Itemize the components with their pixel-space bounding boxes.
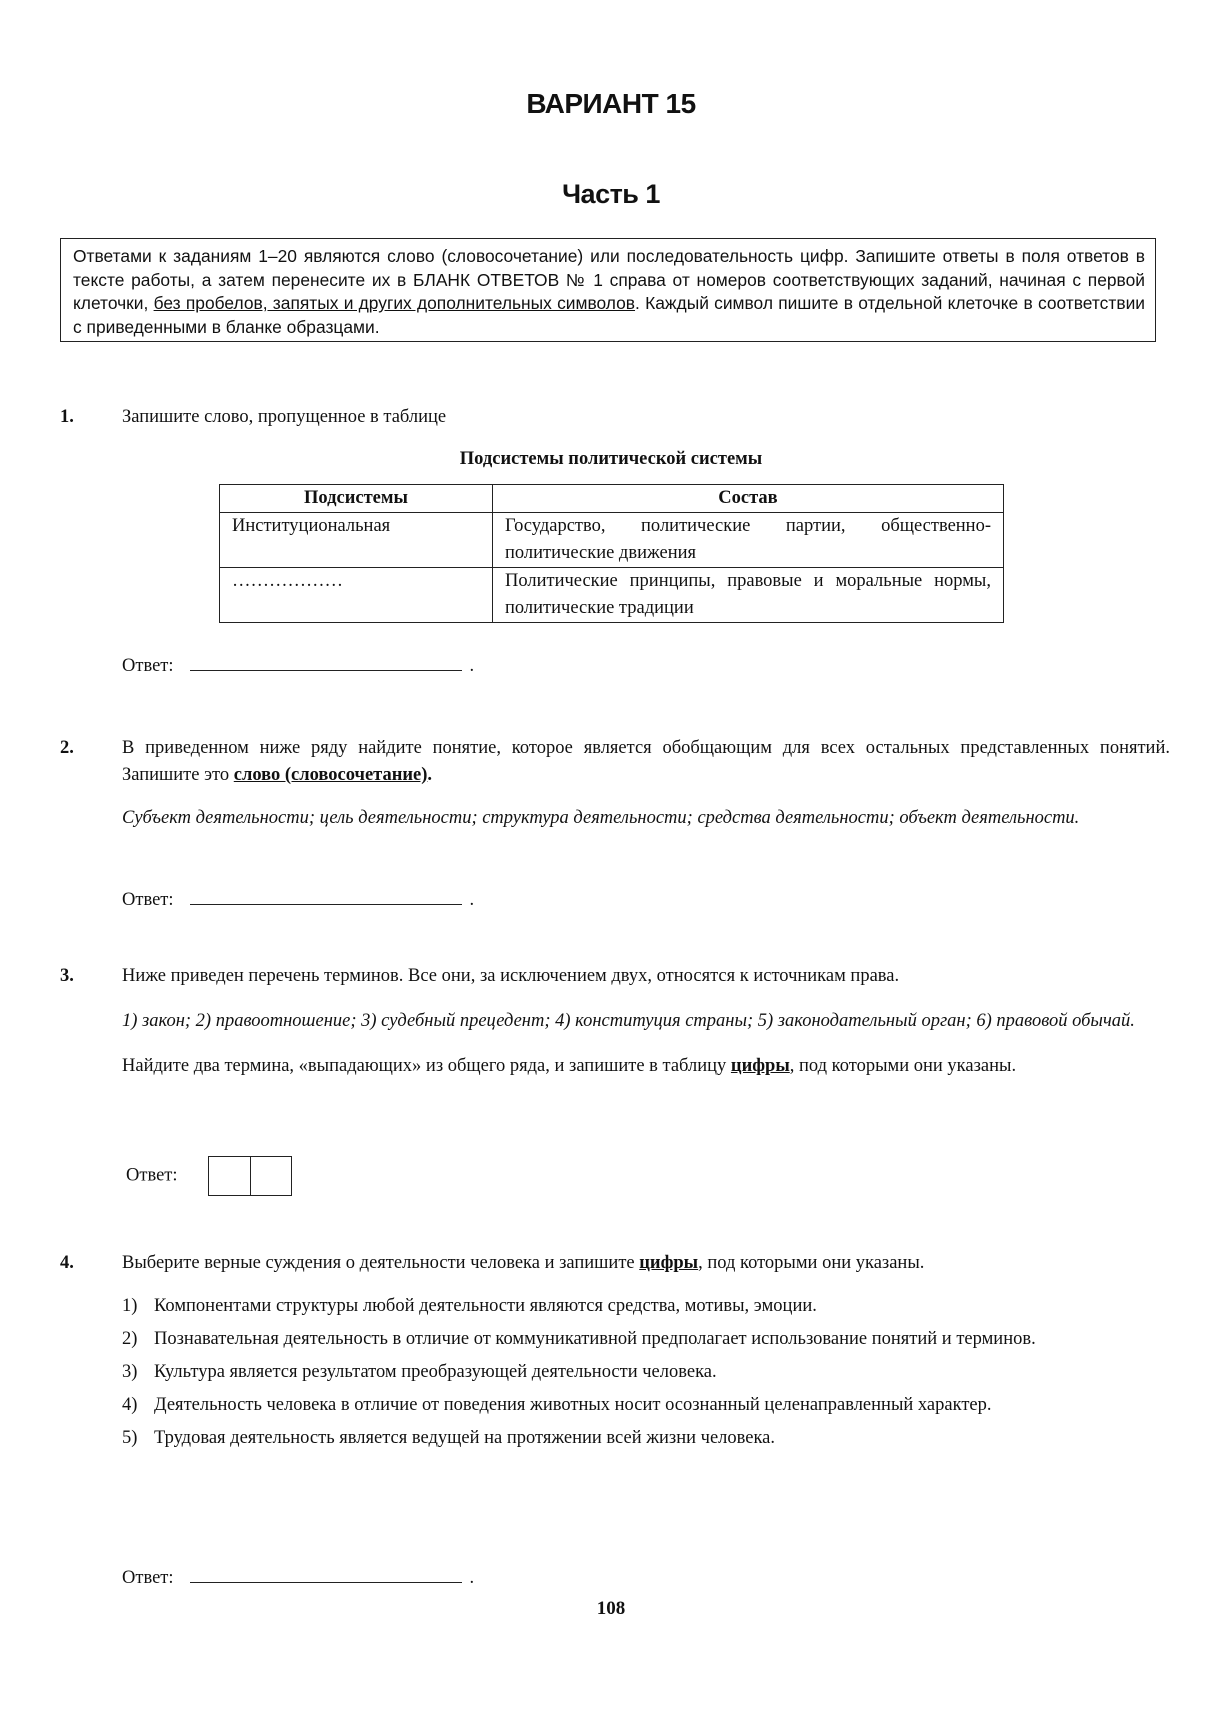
answer-period: .: [470, 1568, 475, 1588]
instruction-text: , под которыми они указаны.: [790, 1056, 1016, 1076]
option-number: 5): [122, 1425, 137, 1452]
answer-cells[interactable]: [208, 1156, 292, 1196]
table-cell-blank: ………………: [220, 568, 493, 623]
answer-period: .: [470, 656, 475, 676]
table-row: Институциональная Государство, политичес…: [220, 513, 1004, 568]
answer-label: Ответ:: [122, 1568, 174, 1588]
task-4: 4. Выберите верные суждения о деятельнос…: [60, 1250, 1170, 1458]
instructions-box: Ответами к заданиям 1–20 являются слово …: [60, 238, 1156, 342]
prompt-emphasis: цифры: [639, 1253, 698, 1273]
option-text: Познавательная деятельность в отличие от…: [154, 1329, 1036, 1349]
table-header-row: Подсистемы Состав: [220, 485, 1004, 513]
answer-label: Ответ:: [126, 1165, 178, 1185]
option-item: 4)Деятельность человека в отличие от пов…: [122, 1392, 1170, 1419]
option-number: 4): [122, 1392, 137, 1419]
instructions-underlined: без пробелов, запятых и других дополните…: [154, 293, 635, 313]
task-items: Субъект деятельности; цель деятельности;…: [122, 805, 1170, 832]
option-item: 1)Компонентами структуры любой деятельно…: [122, 1293, 1170, 1320]
option-text: Деятельность человека в отличие от повед…: [154, 1395, 992, 1415]
task-number: 3.: [60, 963, 74, 990]
task-prompt: Выберите верные суждения о деятельности …: [122, 1250, 1170, 1277]
prompt-text: .: [427, 765, 432, 785]
prompt-text: , под которыми они указаны.: [698, 1253, 924, 1273]
table-cell: Институциональная: [220, 513, 493, 568]
task-3: 3. Ниже приведен перечень терминов. Все …: [60, 963, 1170, 1080]
task-prompt: Ниже приведен перечень терминов. Все они…: [122, 963, 1170, 990]
table-row: ……………… Политические принципы, правовые и…: [220, 568, 1004, 623]
answer-period: .: [470, 890, 475, 910]
table-cell: Политические принципы, правовые и мораль…: [493, 568, 1004, 623]
instruction-text: Найдите два термина, «выпадающих» из общ…: [122, 1056, 731, 1076]
options-list: 1)Компонентами структуры любой деятельно…: [122, 1293, 1170, 1452]
answer-1: Ответ:.: [122, 650, 474, 677]
subsystems-table: Подсистемы Состав Институциональная Госу…: [219, 484, 1004, 623]
answer-2: Ответ:.: [122, 884, 474, 911]
variant-title: ВАРИАНТ 15: [0, 88, 1222, 120]
part-title: Часть 1: [0, 179, 1222, 210]
answer-field[interactable]: [190, 1562, 462, 1583]
option-text: Культура является результатом преобразую…: [154, 1362, 717, 1382]
answer-3: Ответ:: [126, 1156, 292, 1196]
cell-divider: [250, 1157, 251, 1195]
task-items: 1) закон; 2) правоотношение; 3) судебный…: [122, 1008, 1170, 1035]
task-number: 1.: [60, 404, 74, 431]
page-number: 108: [0, 1598, 1222, 1620]
task-number: 2.: [60, 735, 74, 762]
task-1: 1. Запишите слово, пропущенное в таблице: [60, 404, 1170, 431]
option-number: 1): [122, 1293, 137, 1320]
prompt-text: Выберите верные суждения о деятельности …: [122, 1253, 639, 1273]
answer-field[interactable]: [190, 650, 462, 671]
prompt-emphasis: слово (словосочетание): [234, 765, 428, 785]
option-number: 3): [122, 1359, 137, 1386]
option-item: 2)Познавательная деятельность в отличие …: [122, 1326, 1170, 1353]
answer-label: Ответ:: [122, 656, 174, 676]
table-cell: Государство, политические партии, общест…: [493, 513, 1004, 568]
answer-4: Ответ:.: [122, 1562, 474, 1589]
task-2: 2. В приведенном ниже ряду найдите понят…: [60, 735, 1170, 832]
task-number: 4.: [60, 1250, 74, 1277]
option-text: Компонентами структуры любой деятельност…: [154, 1296, 817, 1316]
table-caption: Подсистемы политической системы: [0, 446, 1222, 473]
instruction-emphasis: цифры: [731, 1056, 790, 1076]
task-prompt: Запишите слово, пропущенное в таблице: [122, 404, 1170, 431]
task-prompt: В приведенном ниже ряду найдите понятие,…: [122, 735, 1170, 789]
table-header: Состав: [493, 485, 1004, 513]
answer-field[interactable]: [190, 884, 462, 905]
option-item: 5)Трудовая деятельность является ведущей…: [122, 1425, 1170, 1452]
task-instruction: Найдите два термина, «выпадающих» из общ…: [122, 1053, 1170, 1080]
table-header: Подсистемы: [220, 485, 493, 513]
option-item: 3)Культура является результатом преобраз…: [122, 1359, 1170, 1386]
option-number: 2): [122, 1326, 137, 1353]
answer-label: Ответ:: [122, 890, 174, 910]
option-text: Трудовая деятельность является ведущей н…: [154, 1428, 775, 1448]
